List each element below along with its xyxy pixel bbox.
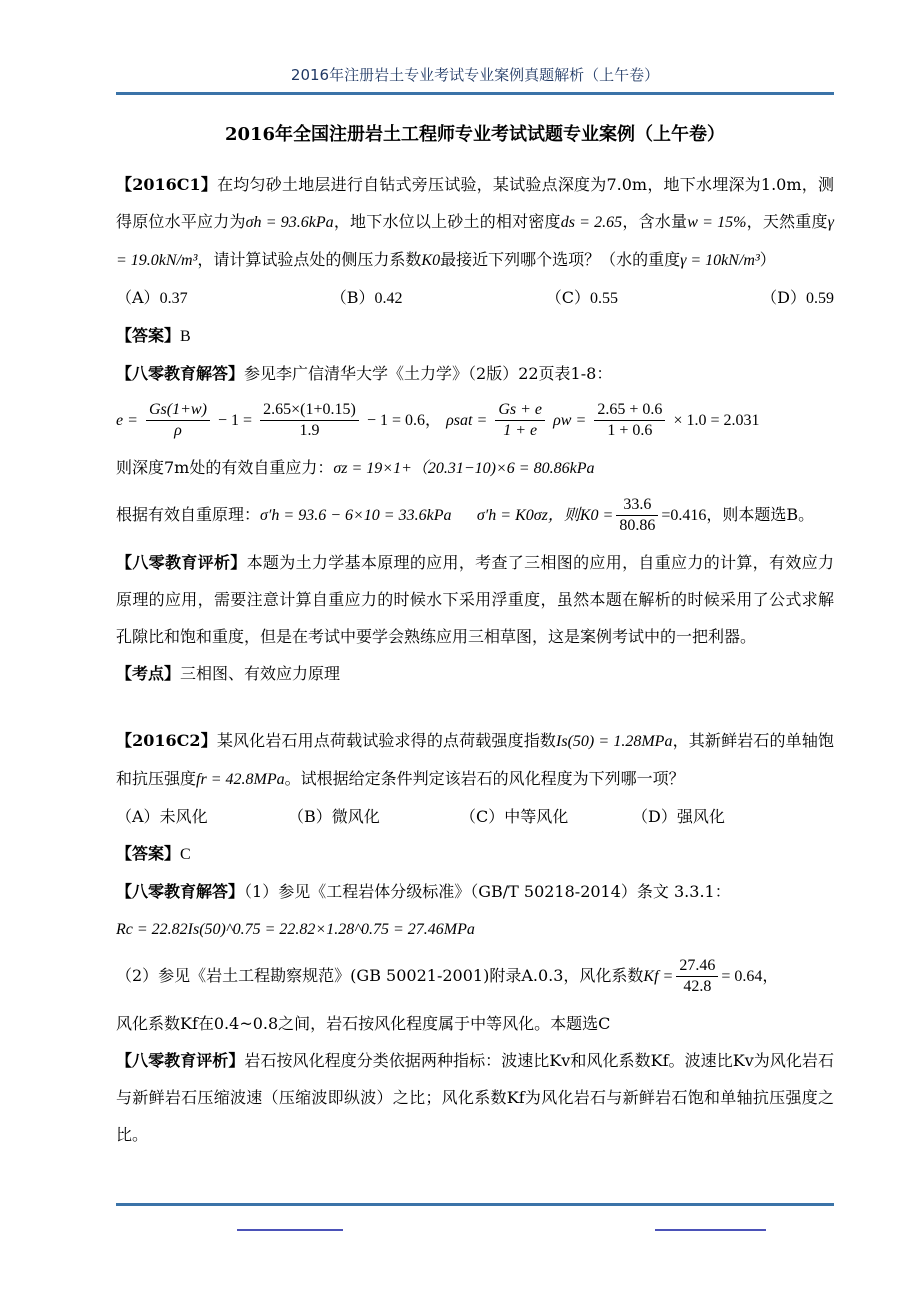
question-2016c1: 【2016C1】在均匀砂土地层进行自钻式旁压试验，某试验点深度为7.0m，地下水… xyxy=(116,166,834,692)
answer-value: B xyxy=(180,328,191,345)
solution-intro: 【八零教育解答】（1）参见《工程岩体分级标准》（GB/T 50218-2014）… xyxy=(116,873,834,910)
solution-tag: 【八零教育解答】 xyxy=(116,364,244,383)
option-c: （C）中等风化 xyxy=(460,798,632,835)
option-a: （A）0.37 xyxy=(116,279,188,317)
answer-options: （A）0.37 （B）0.42 （C）0.55 （D）0.59 xyxy=(116,279,834,317)
effective-stress-line: 则深度7m处的有效自重应力：σz = 19×1+（20.31−10)×6 = 8… xyxy=(116,449,834,487)
formula-gamma-w: γ = 10kN/m³ xyxy=(680,252,760,269)
option-b: （B）微风化 xyxy=(288,798,460,835)
option-d: （D）0.59 xyxy=(761,279,834,317)
solution-tag: 【八零教育解答】 xyxy=(116,882,244,901)
option-c: （C）0.55 xyxy=(546,279,618,317)
review-tag: 【八零教育评析】 xyxy=(116,553,247,572)
stem-text: 最接近下列哪个选项？（水的重度 xyxy=(440,250,680,269)
question-tag: 【2016C1】 xyxy=(116,175,217,194)
question-2016c2: 【2016C2】某风化岩石用点荷载试验求得的点荷载强度指数Is(50) = 1.… xyxy=(116,722,834,1153)
answer-tag: 【答案】 xyxy=(116,844,180,863)
question-tag: 【2016C2】 xyxy=(116,731,217,750)
footer-link-right[interactable] xyxy=(655,1229,766,1231)
footer-rule xyxy=(116,1203,834,1206)
answer-line: 【答案】C xyxy=(116,835,834,873)
formula-rc: Rc = 22.82Is(50)^0.75 = 22.82×1.28^0.75 … xyxy=(116,910,834,948)
solution-intro: 【八零教育解答】参见李广信清华大学《土力学》（2版）22页表1-8： xyxy=(116,355,834,392)
answer-options: （A）未风化 （B）微风化 （C）中等风化 （D）强风化 xyxy=(116,798,834,835)
formula-ds: ds = 2.65 xyxy=(561,214,622,231)
formula-k0: K0 xyxy=(421,252,440,269)
option-a: （A）未风化 xyxy=(116,798,288,835)
formula-w: w = 15% xyxy=(687,214,746,231)
stem-text: ，含水量 xyxy=(622,212,687,231)
review-paragraph: 【八零教育评析】岩石按风化程度分类依据两种指标：波速比Kv和风化系数Kf。波速比… xyxy=(116,1042,834,1153)
keypoint-tag: 【考点】 xyxy=(116,664,180,683)
question-stem: 【2016C1】在均匀砂土地层进行自钻式旁压试验，某试验点深度为7.0m，地下水… xyxy=(116,166,834,279)
answer-value: C xyxy=(180,846,191,863)
solution-conclusion: 风化系数Kf在0.4~0.8之间，岩石按风化程度属于中等风化。本题选C xyxy=(116,1005,834,1042)
formula-is50: Is(50) = 1.28MPa xyxy=(556,733,672,750)
keypoint-line: 【考点】三相图、有效应力原理 xyxy=(116,655,834,692)
solution-reference: 参见李广信清华大学《土力学》（2版）22页表1-8： xyxy=(244,364,612,383)
stem-text: ，请计算试验点处的侧压力系数 xyxy=(197,250,421,269)
weathering-coefficient-line: （2）参见《岩土工程勘察规范》(GB 50021-2001)附录A.0.3，风化… xyxy=(116,952,834,1001)
stem-text: ） xyxy=(760,250,776,269)
question-stem: 【2016C2】某风化岩石用点荷载试验求得的点荷载强度指数Is(50) = 1.… xyxy=(116,722,834,798)
keypoint-text: 三相图、有效应力原理 xyxy=(180,664,340,683)
header-rule xyxy=(116,92,834,95)
document-title: 2016年全国注册岩土工程师专业考试试题专业案例（上午卷） xyxy=(116,120,834,146)
document-body: 【2016C1】在均匀砂土地层进行自钻式旁压试验，某试验点深度为7.0m，地下水… xyxy=(116,166,834,1153)
answer-tag: 【答案】 xyxy=(116,326,180,345)
option-d: （D）强风化 xyxy=(632,798,804,835)
stem-text: ，地下水位以上砂土的相对密度 xyxy=(334,212,561,231)
answer-line: 【答案】B xyxy=(116,317,834,355)
formula-void-ratio: e = Gs(1+w)ρ − 1 = 2.65×(1+0.15)1.9 − 1 … xyxy=(116,396,834,445)
formula-sigma-z: σz = 19×1+（20.31−10)×6 = 80.86kPa xyxy=(333,460,594,477)
formula-sigma-h: σh = 93.6kPa xyxy=(246,214,334,231)
stem-text: ，天然重度 xyxy=(746,212,827,231)
footer-link-left[interactable] xyxy=(237,1229,343,1231)
option-b: （B）0.42 xyxy=(331,279,403,317)
k0-line: 根据有效自重原理：σ′h = 93.6 − 6×10 = 33.6kPa σ′h… xyxy=(116,491,834,540)
review-paragraph: 【八零教育评析】本题为土力学基本原理的应用，考查了三相图的应用，自重应力的计算，… xyxy=(116,544,834,655)
formula-fr: fr = 42.8MPa xyxy=(196,771,285,788)
running-header: 2016年注册岩土专业考试专业案例真题解析（上午卷） xyxy=(116,64,834,85)
review-tag: 【八零教育评析】 xyxy=(116,1051,244,1070)
